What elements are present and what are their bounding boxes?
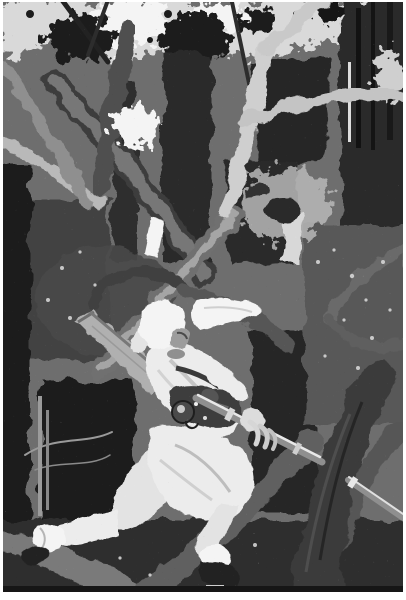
plate-bottom-rule xyxy=(3,586,403,592)
artwork xyxy=(0,0,406,600)
illustration-plate: Monochrome plate: a pirate in white shir… xyxy=(0,0,406,600)
grain-overlay-dark xyxy=(3,2,403,588)
forest-illustration: Monochrome plate: a pirate in white shir… xyxy=(0,0,406,600)
